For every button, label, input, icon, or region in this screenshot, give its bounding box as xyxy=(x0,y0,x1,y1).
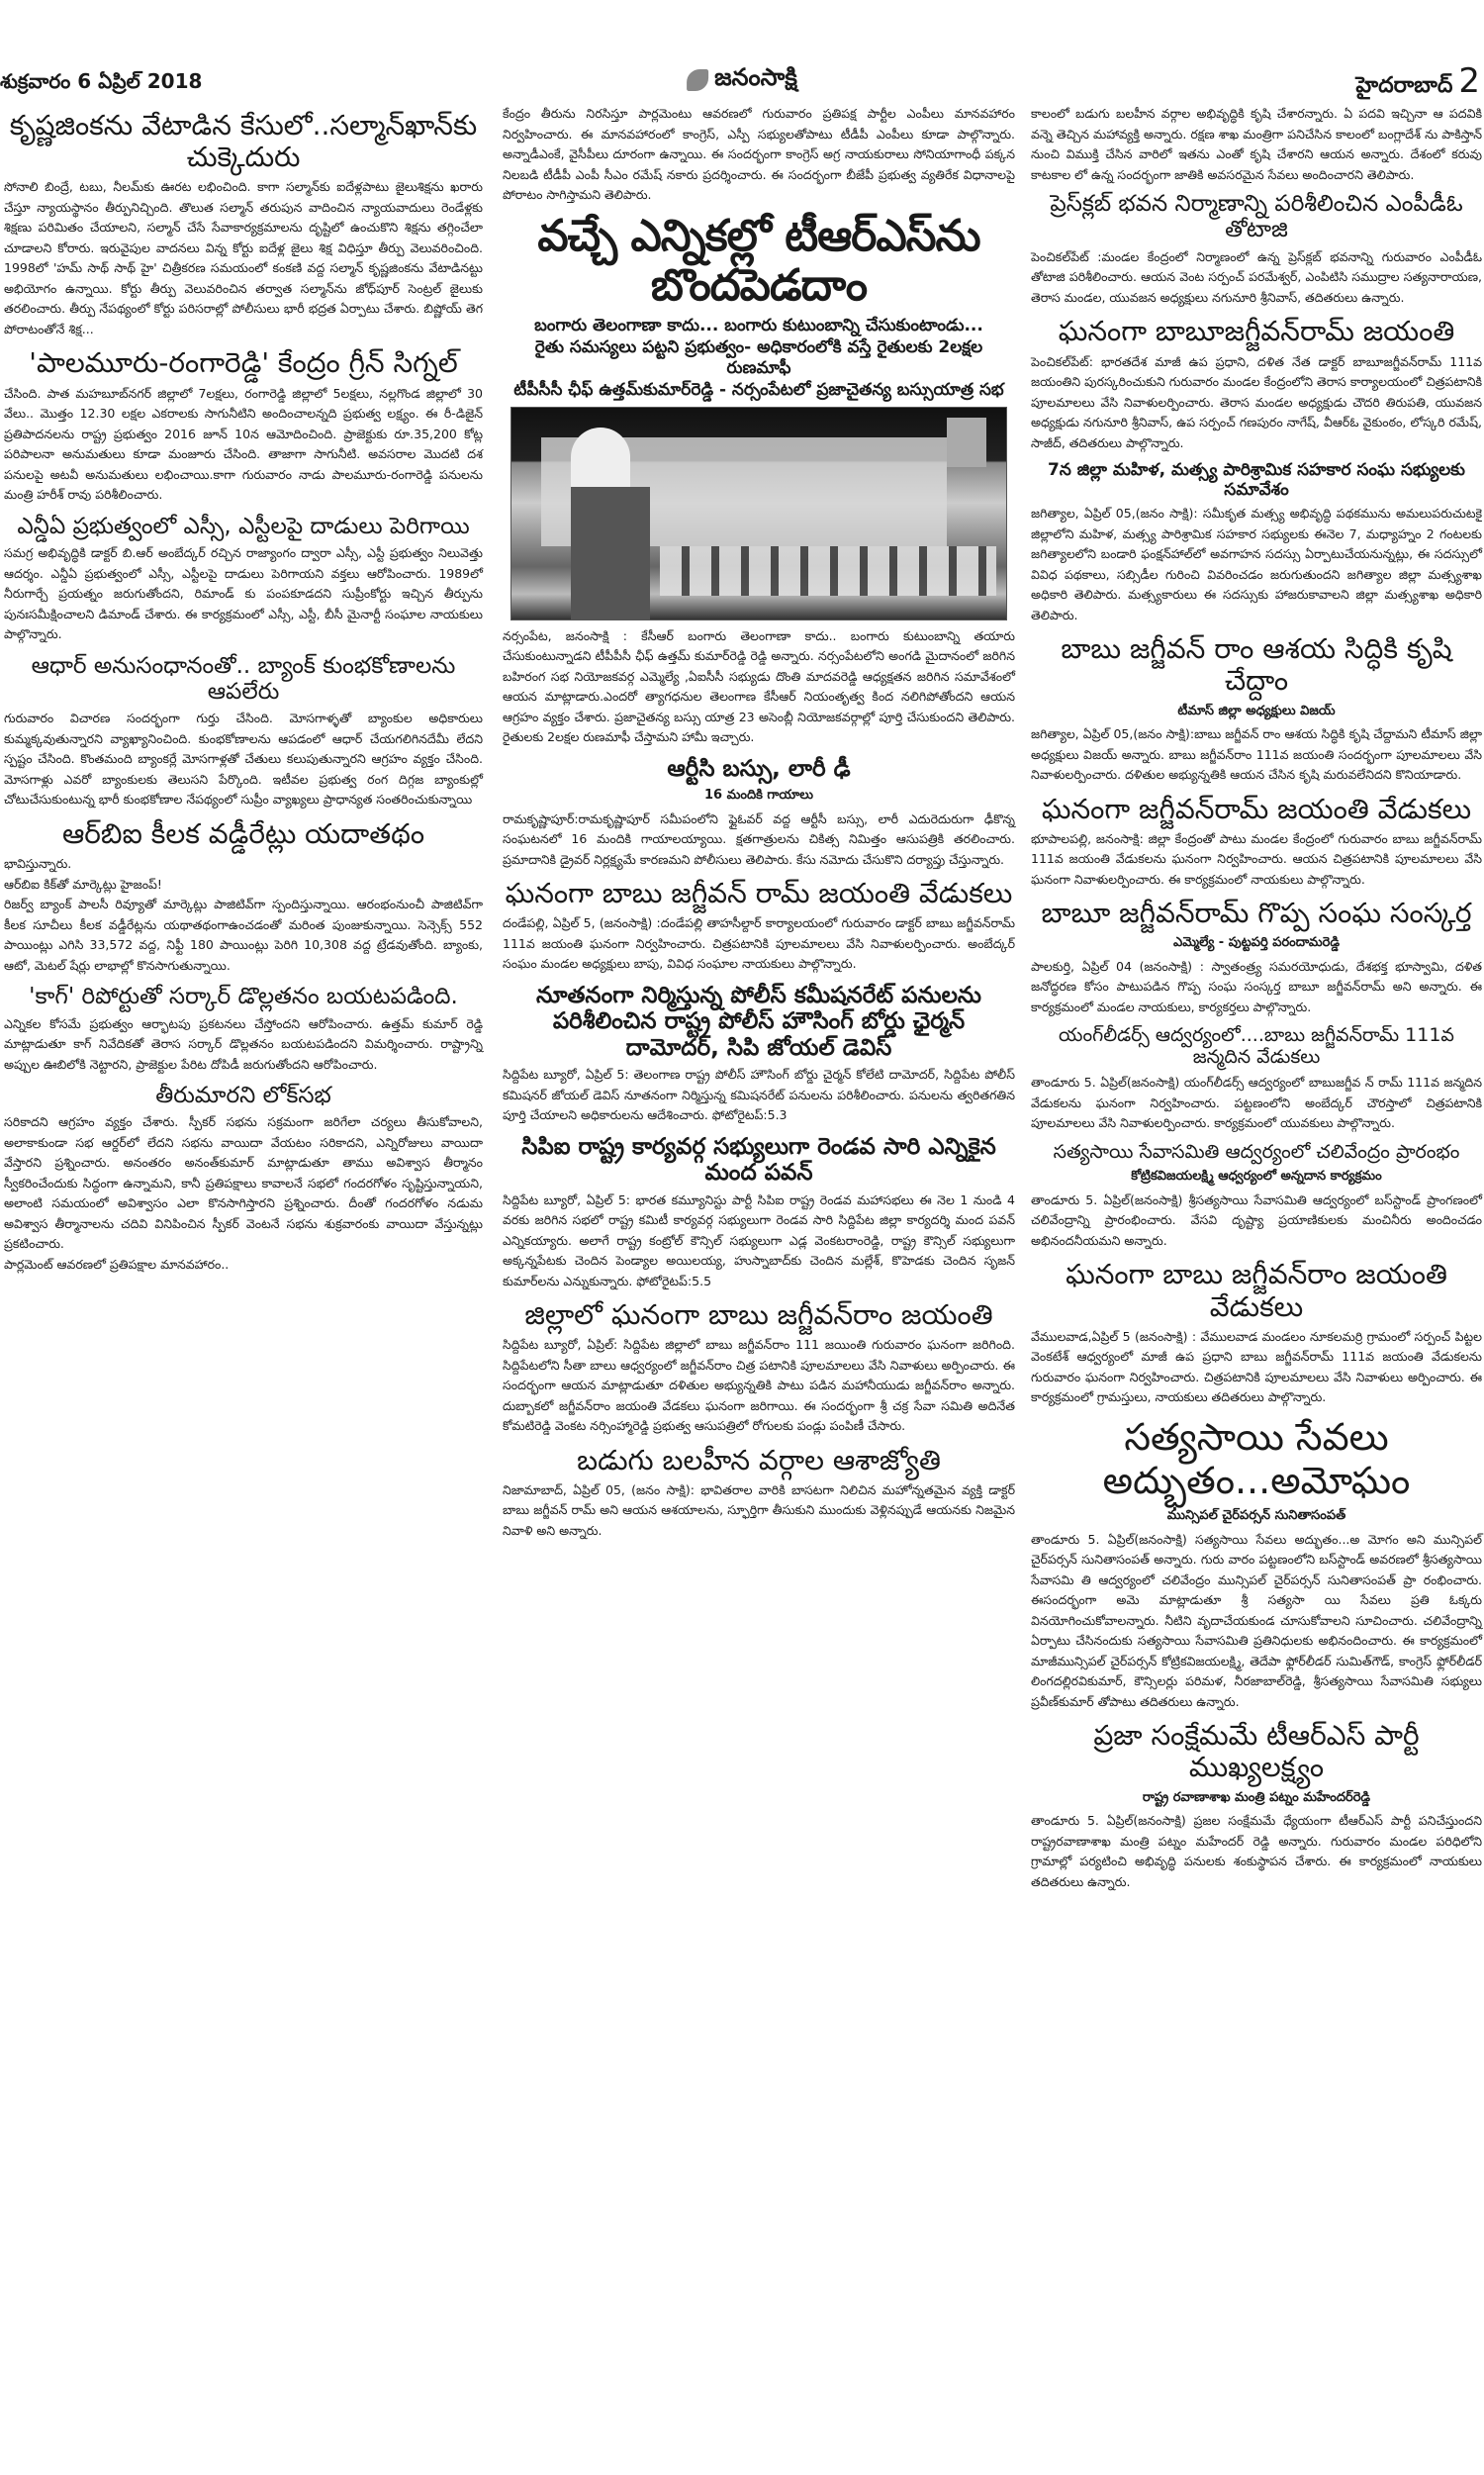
subhead: ఎమ్మెల్యే - పుట్టపర్తి పరందామరెడ్డి xyxy=(1031,933,1482,954)
headline: 'పాలమూరు-రంగారెడ్డి' కేంద్రం గ్రీన్ సిగ్… xyxy=(4,347,483,379)
left-column: కృష్ణజింకను వేటాడిన కేసులో..సల్మాన్‌ఖాన్… xyxy=(4,104,483,1283)
headline: ప్రెస్‌క్లబ్ భవన నిర్మాణాన్ని పరిశీలించి… xyxy=(1031,191,1482,243)
headline: ఘనంగా బాబు జగ్జీవన్‌రాం జయంతి వేడుకలు xyxy=(1031,1259,1482,1322)
story-salman-khan: కృష్ణజింకను వేటాడిన కేసులో..సల్మాన్‌ఖాన్… xyxy=(4,110,483,339)
headline: యంగ్‌లీడర్స్ ఆద్వర్యంలో....బాబు జగ్జీవన్… xyxy=(1031,1025,1482,1069)
right-column: కాలంలో బడుగు బలహీన వర్గాల అభివృద్ధికి కృ… xyxy=(1031,104,1482,1900)
headline: సత్యసాయి సేవాసమితి ఆద్వర్యంలో చలివేంద్రం… xyxy=(1031,1142,1482,1164)
headline: కృష్ణజింకను వేటాడిన కేసులో..సల్మాన్‌ఖాన్… xyxy=(4,110,483,173)
story-body: తాండూరు 5. ఏప్రిల్(జనంసాక్షి) శ్రీసత్యసా… xyxy=(1031,1190,1482,1252)
issue-date: శుక్రవారం 6 ఏప్రిల్ 2018 xyxy=(0,69,202,98)
story-body: భూపాలపల్లి, జనంసాక్షి: జిల్లా కేంద్రంతో … xyxy=(1031,829,1482,891)
leaf-logo-icon xyxy=(687,69,708,91)
story-aadhaar: ఆధార్ అనుసంధానంతో.. బ్యాంక్ కుంభకోణాలను … xyxy=(4,653,483,810)
edition-label: హైదరాబాద్ 2 xyxy=(1355,61,1480,103)
headline: ఘనంగా బాబు జగ్జీవన్ రామ్ జయంతి వేడుకలు xyxy=(503,878,1015,909)
story-body: కాలంలో బడుగు బలహీన వర్గాల అభివృద్ధికి కృ… xyxy=(1031,104,1482,185)
headline: ఘనంగా జగ్జీవన్‌రామ్ జయంతి వేడుకలు xyxy=(1031,794,1482,825)
headline: తీరుమారని లోక్‌సభ xyxy=(4,1083,483,1108)
lead-subhead: రైతు సమస్యలు పట్టని ప్రభుత్వం- అధికారంలో… xyxy=(503,337,1015,378)
story-body: తాండూరు 5. ఏప్రిల్(జనంసాక్షి) సత్యసాయి స… xyxy=(1031,1530,1482,1713)
story-body: జగిత్యాల, ఏప్రిల్ 05,(జనం సాక్షి):బాబు జ… xyxy=(1031,724,1482,786)
lead-story: వచ్చే ఎన్నికల్లో టీఆర్‌ఎస్‌ను బొందపెడదాం… xyxy=(503,212,1015,748)
story-bhupalpally: ఘనంగా జగ్జీవన్‌రామ్ జయంతి వేడుకలు భూపాలప… xyxy=(1031,794,1482,891)
headline: బాబు జగ్జీవన్ రాం ఆశయ సిద్ధికి కృషి చేద్… xyxy=(1031,633,1482,697)
story-sathya-sai: సత్యసాయి సేవలు అద్భుతం...అమోఘం మున్సిపల్… xyxy=(1031,1416,1482,1712)
story-body: నర్సంపేట, జనంసాక్షి : కేసీఆర్ బంగారు తెల… xyxy=(503,626,1015,748)
story-young-leaders: యంగ్‌లీడర్స్ ఆద్వర్యంలో....బాబు జగ్జీవన్… xyxy=(1031,1025,1482,1133)
story-body: సమగ్ర అభివృద్ధికి డాక్టర్ బి.ఆర్ అంబేద్క… xyxy=(4,543,483,645)
story-body: సిద్దిపేట బ్యూరో, ఏప్రిల్ 5: తెలంగాణ రాష… xyxy=(503,1065,1015,1126)
paper-logo: జనంసాక్షి xyxy=(687,63,797,97)
story-body: కేంద్రం తీరును నిరసిస్తూ పార్లమెంటు ఆవరణ… xyxy=(503,104,1015,206)
story-asha-jyothi: బడుగు బలహీన వర్గాల ఆశాజ్యోతి నిజామాబాద్,… xyxy=(503,1445,1015,1542)
story-cag: 'కాగ్' రిపోర్టుతో సర్కార్ డొల్లతనం బయటపడ… xyxy=(4,984,483,1075)
subhead: కోట్రికవిజయలక్ష్మి ఆధ్వర్యంలో అన్నదాన కా… xyxy=(1031,1167,1482,1188)
headline: జిల్లాలో ఘనంగా బాబు జగ్జీవన్‌రాం జయంతి xyxy=(503,1299,1015,1331)
headline: ఆధార్ అనుసంధానంతో.. బ్యాంక్ కుంభకోణాలను … xyxy=(4,653,483,706)
paper-name: జనంసాక్షి xyxy=(714,63,797,97)
story-body: పెంచికల్‌పేట్: భారతదేశ మాజీ ఉప ప్రధాని, … xyxy=(1031,352,1482,454)
story-body: తాండూరు 5. ఏప్రిల్(జనంసాక్షి) ప్రజల సంక్… xyxy=(1031,1811,1482,1892)
story-trs-welfare: ప్రజా సంక్షేమమే టీఆర్ఎస్ పార్టీ ముఖ్యలక్… xyxy=(1031,1720,1482,1892)
headline: సత్యసాయి సేవలు అద్భుతం...అమోఘం xyxy=(1031,1416,1482,1502)
page-bottom-margin xyxy=(0,2415,1484,2474)
story-district-jayanti: జిల్లాలో ఘనంగా బాబు జగ్జీవన్‌రాం జయంతి స… xyxy=(503,1299,1015,1437)
story-dandepalli: ఘనంగా బాబు జగ్జీవన్ రామ్ జయంతి వేడుకలు ద… xyxy=(503,878,1015,975)
story-body: పెంచికల్‌పేట్ :మండల కేంద్రంలో నిర్మాణంలో… xyxy=(1031,247,1482,309)
story-lok-sabha: తీరుమారని లోక్‌సభ సరికాదని ఆగ్రహం వ్యక్త… xyxy=(4,1083,483,1275)
story-police-commissionerate: నూతనంగా నిర్మిస్తున్న పోలీస్ కమీషనరేట్ ప… xyxy=(503,983,1015,1126)
photo-crowd xyxy=(660,546,996,596)
headline: 7న జిల్లా మహిళ, మత్స్య పారిశ్రామిక సహకార… xyxy=(1031,461,1482,500)
middle-column: కేంద్రం తీరును నిరసిస్తూ పార్లమెంటు ఆవరణ… xyxy=(503,104,1015,1549)
headline: ఆర్టీసి బస్సు, లారీ ఢీ xyxy=(503,756,1015,782)
story-penchikalpet-jayanti: ఘనంగా బాబూజగ్జీవన్‌రామ్ జయంతి పెంచికల్‌ప… xyxy=(1031,316,1482,453)
story-jagjivan-ideals: బాబు జగ్జీవన్ రాం ఆశయ సిద్ధికి కృషి చేద్… xyxy=(1031,633,1482,785)
headline: బాబూ జగ్జీవన్‌రామ్ గొప్ప సంఘ సంస్కర్త xyxy=(1031,898,1482,929)
story-palamuru: 'పాలమూరు-రంగారెడ్డి' కేంద్రం గ్రీన్ సిగ్… xyxy=(4,347,483,505)
masthead: శుక్రవారం 6 ఏప్రిల్ 2018 జనంసాక్షి హైదరా… xyxy=(0,59,1484,99)
headline: సిపిఐ రాష్ట్ర కార్యవర్గ సభ్యులుగా రెండవ … xyxy=(503,1134,1015,1187)
page-number: 2 xyxy=(1458,61,1480,101)
story-body: సిద్దిపేట బ్యూరో, ఏప్రిల్ 5: భారత కమ్యూన… xyxy=(503,1190,1015,1292)
story-chalivendram: సత్యసాయి సేవాసమితి ఆద్వర్యంలో చలివేంద్రం… xyxy=(1031,1142,1482,1252)
story-body: సరికాదని ఆగ్రహం వ్యక్తం చేశారు. స్పీకర్ … xyxy=(4,1112,483,1275)
photo-podium xyxy=(571,487,650,619)
headline: ఆర్‌బిఐ కీలక వడ్డీరేట్లు యదాతథం xyxy=(4,818,483,850)
story-cpi: సిపిఐ రాష్ట్ర కార్యవర్గ సభ్యులుగా రెండవ … xyxy=(503,1134,1015,1291)
photo-flag xyxy=(947,418,986,467)
headline: 'కాగ్' రిపోర్టుతో సర్కార్ డొల్లతనం బయటపడ… xyxy=(4,984,483,1009)
story-body: సిద్దిపేట బ్యూరో, ఏప్రిల్: సిద్దిపేట జిల… xyxy=(503,1335,1015,1437)
headline: ఎన్డీఏ ప్రభుత్వంలో ఎస్సీ, ఎస్టీలపై దాడుల… xyxy=(4,514,483,539)
story-body: ఎన్నికల కోసమే ప్రభుత్వం ఆర్భాటపు ప్రకటనల… xyxy=(4,1014,483,1076)
edition-city: హైదరాబాద్ xyxy=(1355,73,1452,103)
story-body: తాండూరు 5. ఏప్రిల్(జనంసాక్షి) యంగ్‌లీడర్… xyxy=(1031,1073,1482,1134)
story-body: వేములవాడ,ఏప్రిల్ 5 (జనంసాక్షి) : వేములవా… xyxy=(1031,1327,1482,1408)
stage-rally-photo xyxy=(510,407,1007,620)
story-body: జగిత్యాల, ఏప్రిల్ 05,(జనం సాక్షి): సమీకృ… xyxy=(1031,504,1482,625)
story-social-reformer: బాబూ జగ్జీవన్‌రామ్ గొప్ప సంఘ సంస్కర్త ఎమ… xyxy=(1031,898,1482,1017)
story-press-club: ప్రెస్‌క్లబ్ భవన నిర్మాణాన్ని పరిశీలించి… xyxy=(1031,191,1482,308)
story-bus-lorry: ఆర్టీసి బస్సు, లారీ ఢీ 16 మందికి గాయాలు … xyxy=(503,756,1015,870)
subhead: మున్సిపల్ చైర్‌పర్సన్ సునితాసంపత్ xyxy=(1031,1506,1482,1527)
story-fisheries-meeting: 7న జిల్లా మహిళ, మత్స్య పారిశ్రామిక సహకార… xyxy=(1031,461,1482,625)
headline: ఘనంగా బాబూజగ్జీవన్‌రామ్ జయంతి xyxy=(1031,316,1482,347)
story-body: గురువారం విచారణ సందర్భంగా గుర్తు చేసింది… xyxy=(4,709,483,810)
subhead: రాష్ట్ర రవాణాశాఖ మంత్రి పట్నం మహేందర్‌రె… xyxy=(1031,1788,1482,1809)
headline: ప్రజా సంక్షేమమే టీఆర్ఎస్ పార్టీ ముఖ్యలక్… xyxy=(1031,1720,1482,1783)
newspaper-page: శుక్రవారం 6 ఏప్రిల్ 2018 జనంసాక్షి హైదరా… xyxy=(0,0,1484,2475)
story-body: చేసింది. పాత మహబూబ్‌నగర్ జిల్లాలో 7లక్షల… xyxy=(4,384,483,506)
story-nda-sc-st: ఎన్డీఏ ప్రభుత్వంలో ఎస్సీ, ఎస్టీలపై దాడుల… xyxy=(4,514,483,645)
lead-headline: వచ్చే ఎన్నికల్లో టీఆర్‌ఎస్‌ను బొందపెడదాం xyxy=(503,212,1015,312)
story-rbi: ఆర్‌బిఐ కీలక వడ్డీరేట్లు యదాతథం భావిస్తు… xyxy=(4,818,483,976)
headline: బడుగు బలహీన వర్గాల ఆశాజ్యోతి xyxy=(503,1445,1015,1476)
lead-subhead: టీపీసీసీ ఛీఫ్ ఉత్తమ్‌కుమార్‌రెడ్డి - నర్… xyxy=(503,380,1015,401)
headline: నూతనంగా నిర్మిస్తున్న పోలీస్ కమీషనరేట్ ప… xyxy=(503,983,1015,1061)
story-body: సోనాలి బింద్రే, టబు, నీలమ్‌కు ఊరట లభించి… xyxy=(4,177,483,339)
lead-kicker: బంగారు తెలంగాణా కాదు... బంగారు కుటుంబాన్… xyxy=(503,316,1015,336)
story-body: భావిస్తున్నారు. ఆర్‌బిఐ కిక్‌తో మార్కెట్… xyxy=(4,854,483,976)
story-body: పాలకుర్తి, ఏప్రిల్ 04 (జనంసాక్షి) : స్వా… xyxy=(1031,957,1482,1018)
story-body: దండేపల్లి, ఏప్రిల్ 5, (జనంసాక్షి) :దండేప… xyxy=(503,913,1015,975)
subhead: 16 మందికి గాయాలు xyxy=(503,786,1015,807)
subhead: టీమాస్ జిల్లా అధ్యక్షులు విజయ్ xyxy=(1031,702,1482,722)
story-vemulawada: ఘనంగా బాబు జగ్జీవన్‌రాం జయంతి వేడుకలు వే… xyxy=(1031,1259,1482,1407)
story-body: రామకృష్ణాపూర్:రామకృష్ణాపూర్ సమీపంలోని ఫ్… xyxy=(503,809,1015,871)
story-body: నిజామాబాద్, ఏప్రిల్ 05, (జనం సాక్షి): భా… xyxy=(503,1480,1015,1542)
